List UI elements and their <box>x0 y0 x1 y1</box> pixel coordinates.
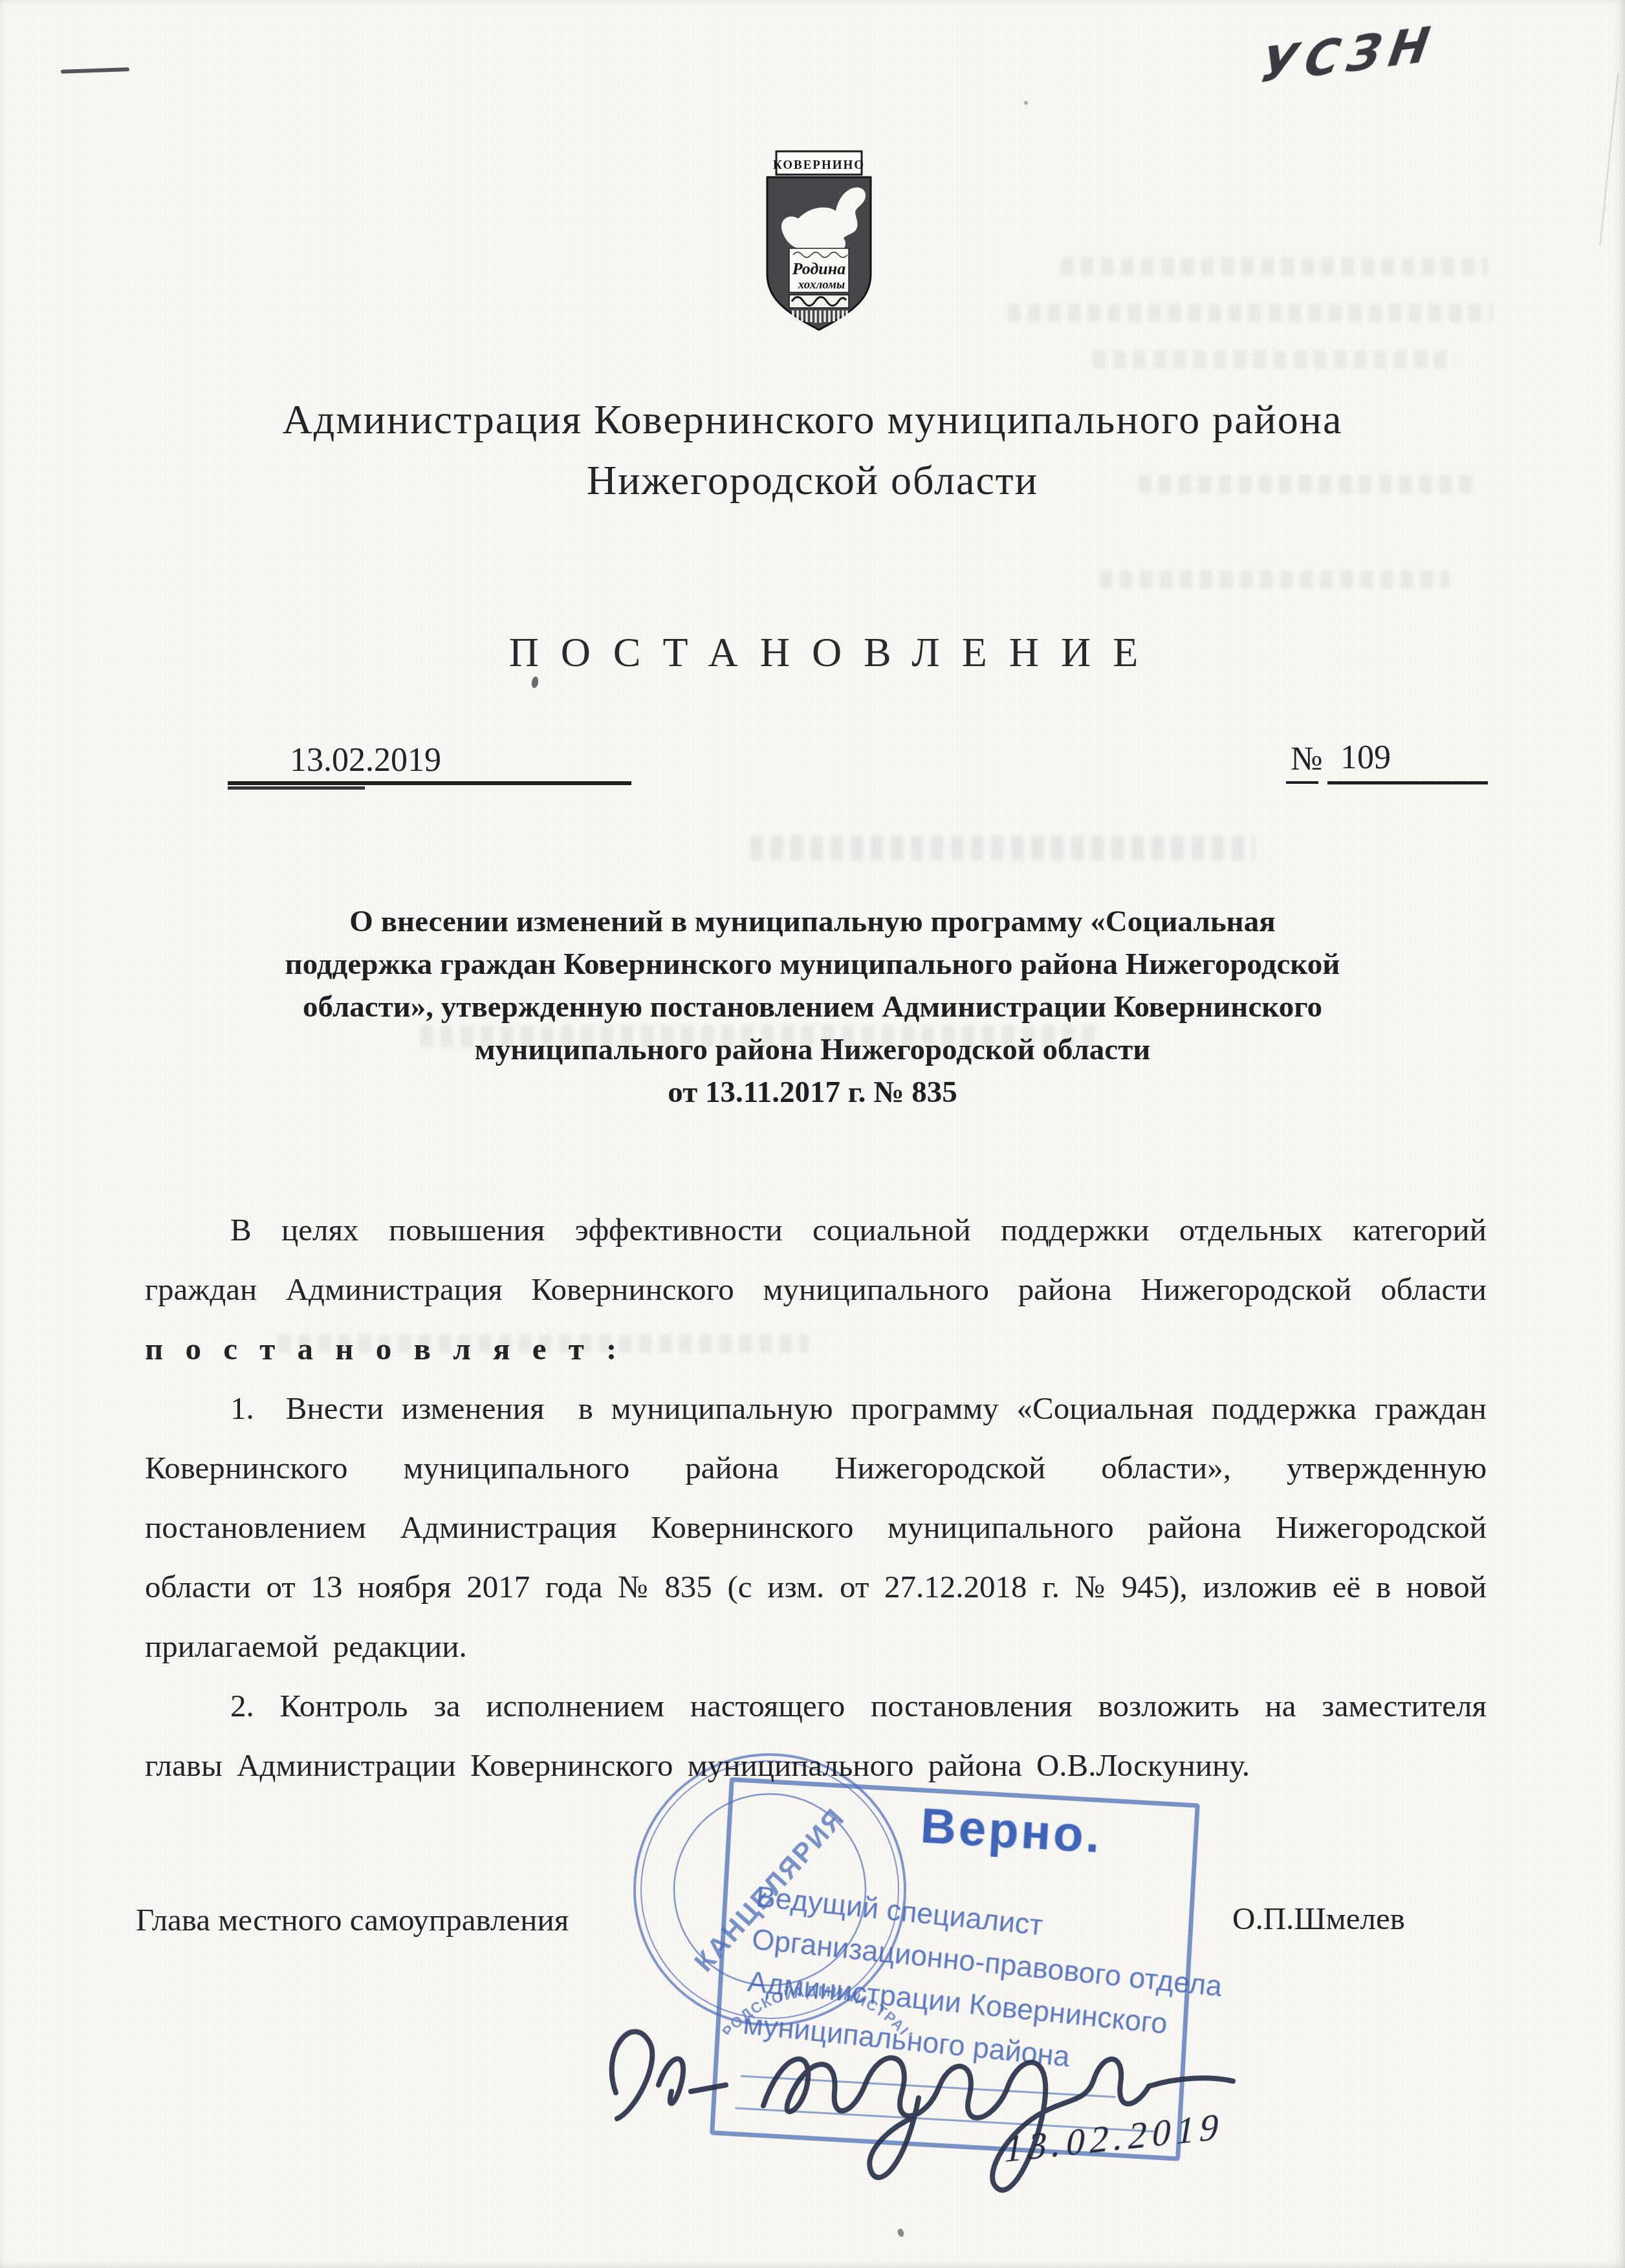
handwritten-signature <box>556 1953 1307 2238</box>
document-page: УСЗН КОВЕРНИНО Родина хохломы Администра… <box>0 0 1625 2268</box>
stamp-verify-word: Верно. <box>919 1798 1104 1864</box>
stamp-layer: АДМИНИСТРАЦИЯ КОВЕРНИНСКОГО МУНИЦИПАЛЬНО… <box>0 0 1625 2268</box>
